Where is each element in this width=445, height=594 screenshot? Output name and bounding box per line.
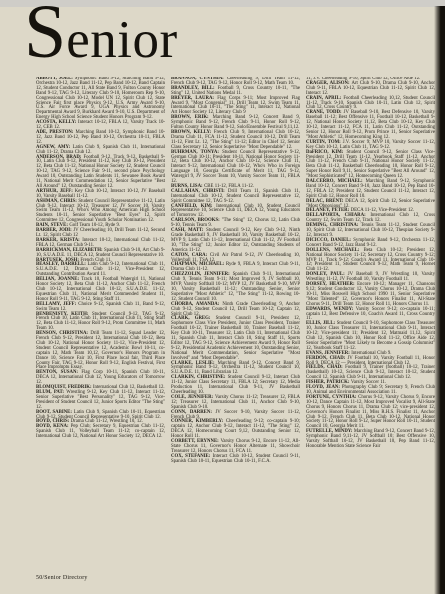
directory-column: ABBOTT, JOEL: Symphonic Band 9-12, March…: [36, 77, 165, 541]
directory-entry: CRAIN, APRIL: Football Cheerleading 10,1…: [306, 97, 435, 112]
directory-entry: CHEZZOLIN, JENNIFER: Spanish Club 9-11, …: [171, 273, 300, 302]
directory-columns: ABBOTT, JOEL: Symphonic Band 9-12, March…: [36, 77, 435, 541]
entry-name: CLARKE, LESLIE:: [171, 361, 218, 366]
entry-name: CHEZZOLIN, JENNIFER:: [171, 272, 233, 277]
entry-name: ADE, PRESTON:: [36, 130, 75, 135]
directory-entry: CASH, MATT: Student Council 9-12, Key Cl…: [171, 229, 300, 254]
entry-name: BROWN, KELLY:: [171, 130, 214, 135]
directory-entry: DALCERRO, MICHAEL: Marching Band 9-12, S…: [306, 180, 435, 200]
yearbook-page: Senior ABBOTT, JOEL: Symphonic Band 9-12…: [0, 0, 445, 594]
directory-entry: ASHMAN, CHRIS: Student Council Represent…: [36, 200, 165, 225]
entry-name: BOOT, SABINE:: [36, 410, 74, 415]
entry-name: CHAPMAN, MICHAEL:: [171, 262, 226, 267]
entry-name: BENSON, CHRISTINA:: [36, 331, 90, 336]
directory-entry: BROWN, ERIK: Marching Band 9-12, Concert…: [171, 116, 300, 131]
directory-entry: BENTON, SUSAN: Flag Corp 10-11, Spanish …: [36, 371, 165, 386]
entry-name: DELLAPORTA, CHIARA:: [306, 213, 370, 218]
entry-name: BROWN, ERIK:: [171, 115, 213, 120]
directory-entry: FORTUNE, CYNTHIA: Chorus 9-12, Varsity C…: [306, 396, 435, 430]
entry-name: FERDON, CHAD:: [306, 356, 347, 361]
directory-entry: CONNER, KIMBERLY: Cheerleading 9-12; co-…: [171, 420, 300, 440]
directory-entry: DORSEY, HEATHER: Encore 10-12; Manager 1…: [306, 283, 435, 308]
entry-name: BARKER, KRISTA:: [36, 238, 82, 243]
entry-name: BOYD, KENA:: [36, 424, 71, 429]
directory-entry: DEMING, CHRISTINA: Tennis Team 11-12, St…: [306, 224, 435, 239]
directory-entry: DOLLENS, MICHAEL: Beta Club 10-12; Presi…: [306, 249, 435, 274]
entry-name: BRANNON, CYNTHIA:: [171, 77, 227, 81]
entry-name: ELLIS, JILL:: [306, 321, 337, 326]
entry-name: DELAC, BRENT:: [306, 199, 345, 204]
entry-name: BLUM, PAT:: [36, 390, 66, 395]
directory-entry: CLARKIN, CHRISTINE: Student Council 9-12…: [171, 376, 300, 396]
entry-name: BARRICKMAN, ELIZABETH:: [36, 248, 104, 253]
entry-name: DALCERRO, MICHAEL:: [306, 179, 366, 184]
title-drop-cap: S: [24, 0, 66, 70]
entry-name: CARLSON, BROOKS:: [171, 218, 222, 223]
directory-entry: BOYD, KENA: Pep Club; Secretary 9, Eques…: [36, 425, 165, 440]
entry-name: BRANDLEY, BILL:: [171, 86, 218, 91]
title-text: enior: [66, 14, 177, 67]
entry-name: ASHMAN, CHRIS:: [36, 199, 78, 204]
entry-name: ANDERSON, BRAD:: [36, 155, 83, 160]
entry-name: CORBETT, ERYNNE:: [171, 439, 221, 444]
directory-entry: CANFIELD, KIM: International Club 10, St…: [171, 205, 300, 220]
directory-entry: CLARKE, LESLIE: Marching Band 9-12, Conc…: [171, 362, 300, 377]
entry-name: CASH, MATT:: [171, 228, 206, 233]
directory-entry: BENSON, CHRISTINA: Drill Team 11-12, Squ…: [36, 332, 165, 371]
directory-entry: BLUM, PAT: Wrestling 9-12, Key Club 11-1…: [36, 391, 165, 411]
directory-entry: BELIAN, JOANNE: Track 10, Football Water…: [36, 278, 165, 303]
entry-name: BELIAN, JOANNE:: [36, 277, 81, 282]
directory-entry: BREYER, LAURA: Flag Corps 9-11; Most Imp…: [171, 97, 300, 117]
directory-entry: BEASLEY, DARRELL: Latin Club 9-12, Inter…: [36, 263, 165, 278]
entry-name: FIELDS, CHAD:: [306, 365, 345, 370]
entry-name: CHORBA, AMANDA:: [171, 302, 222, 307]
entry-name: CRAIN, APRIL:: [306, 96, 343, 101]
directory-entry: ANDERSON, BRAD: Football 9-12, Track 9-1…: [36, 156, 165, 190]
directory-entry: CRAGER, ALISON: Art Club 9-10, Drama Clu…: [306, 82, 435, 97]
directory-column: 11, J.V. Cheerleading 9-10, Spirit Club …: [306, 77, 435, 541]
directory-entry: CRANE, TODD: JV Baseball 9-10, Best Defe…: [306, 111, 435, 140]
page-title: Senior: [24, 0, 178, 70]
entry-name: DaFRICO, KIM:: [306, 150, 346, 155]
entry-name: BREYER, LAURA:: [171, 96, 217, 101]
entry-name: CURTIN, TOM:: [306, 140, 343, 145]
entry-name: DOLLENS, MICHAEL:: [306, 248, 364, 253]
entry-name: AGNEW, AMY:: [36, 145, 73, 150]
entry-name: CRANE, TODD:: [306, 110, 344, 115]
entry-name: CONN, DARREN:: [171, 410, 215, 415]
entry-name: CRAGER, ALISON:: [306, 81, 351, 86]
entry-name: DICICCO, DANIEL:: [306, 238, 353, 243]
directory-entry: DaFRICO, KIM: Student Council 9-12, Seni…: [306, 151, 435, 180]
scan-edge-right: [434, 6, 445, 594]
entry-name: BEASLEY, DARRELL:: [36, 262, 88, 267]
entry-name: DEMING, CHRISTINA:: [306, 223, 361, 228]
entry-name: BENBENISTY, KEITH:: [36, 312, 92, 317]
page-number-footer: 50/Senior Directory: [36, 575, 88, 581]
directory-entry: CLARK, GREG: Student Council 9-11, Presi…: [171, 317, 300, 361]
directory-entry: ABBOTT, JOEL: Symphonic Band 9-12, March…: [36, 77, 165, 121]
entry-name: DONLEY, PAUL:: [306, 272, 348, 277]
directory-entry: BROWN, KELLY: French Club 9, Internation…: [171, 131, 300, 151]
entry-name: FUTRELLE, MINDY:: [306, 429, 354, 434]
entry-name: ACOSTA, KELLY:: [36, 120, 78, 125]
entry-name: BARBER, JODI:: [36, 228, 73, 233]
entry-name: COLE, JENNIFER:: [171, 395, 215, 400]
entry-name: BENTON, SUSAN:: [36, 370, 81, 375]
entry-name: CATON, CARA:: [171, 253, 210, 258]
entry-name: BELLAMY, JEFF:: [36, 302, 78, 307]
directory-entry: ADE, PRESTON: Marching Band 10-12, Symph…: [36, 131, 165, 146]
directory-entry: FUTRELLE, MINDY: Marching Band 9-12, Con…: [306, 430, 435, 450]
entry-name: BUHRMAN, TONYA:: [171, 150, 222, 155]
entry-name: EDWARDS, WENDY:: [306, 307, 356, 312]
entry-name: ABBOTT, JOEL:: [36, 77, 75, 81]
directory-entry: COX, STEFANIE: Interact Club 10-12, Stud…: [171, 455, 300, 465]
directory-entry: BENBENISTY, KEITH: Student Council 9-12,…: [36, 313, 165, 333]
directory-column: BRANNON, CYNTHIA: Cheerleading 9, Drill …: [171, 77, 300, 541]
directory-entry: CORBETT, ERYNNE: Varsity Chorus 9-12, En…: [171, 440, 300, 455]
entry-name: CLARK, GREG:: [171, 316, 216, 321]
directory-entry: CALLAHAN, CHRISTI: Drill Team 11, Spanis…: [171, 190, 300, 205]
directory-entry: FIELDS, CHAD: Football 9, Trainer (footb…: [306, 366, 435, 381]
entry-name: CONNER, KIMBERLY:: [171, 419, 226, 424]
entry-name: CANFIELD, KIM:: [171, 204, 216, 209]
directory-entry: CHORBA, AMANDA: Ninth Grade Cheerleading…: [171, 303, 300, 318]
directory-entry: COLE, JENNIFER: Varsity Chorus 11-12; Tr…: [171, 396, 300, 411]
entry-name: COX, STEFANIE:: [171, 454, 213, 459]
entry-name: DORSEY, HEATHER:: [306, 282, 357, 287]
directory-entry: BUHRMAN, TONYA: Student Council Represen…: [171, 151, 300, 185]
entry-name: FLOYD, JEAN:: [306, 385, 342, 390]
entry-name: CLARKIN, CHRISTINE:: [171, 375, 228, 380]
entry-name: FORTUNE, CYNTHIA:: [306, 395, 358, 400]
entry-name: ARTHUR, JEFF:: [36, 189, 75, 194]
directory-entry: EDWARDS, WENDY: Varsity Soccer 9-12; co-…: [306, 308, 435, 323]
directory-entry: ELLIS, JILL: Student Council 9-10, Sopho…: [306, 322, 435, 351]
entry-name: CALLAHAN, CHRISTI:: [171, 189, 228, 194]
